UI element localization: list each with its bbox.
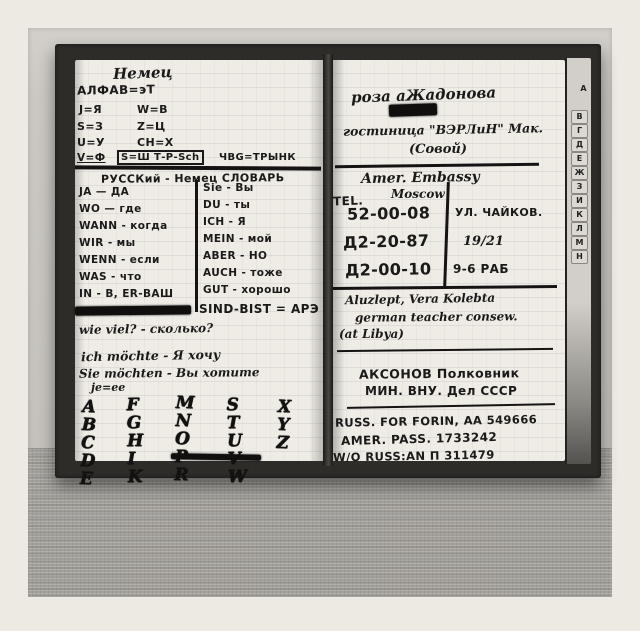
index-tab: Е [571, 152, 588, 166]
dict-entry: DU - ты [203, 199, 250, 216]
dict-entry: WAS - что [79, 271, 142, 288]
section-divider-line [347, 403, 555, 409]
address-line: 9-6 РАБ [453, 262, 509, 276]
fraktur-letter: B [81, 416, 96, 435]
tab-letter: Г [577, 126, 582, 135]
index-tab: И [571, 194, 588, 208]
tab-letter: М [576, 238, 584, 247]
tab-letter: И [576, 196, 583, 205]
alphabet-v-pair: V=Ф [77, 152, 106, 164]
index-tab: В [571, 110, 588, 124]
dict-entry: WO — где [79, 203, 142, 220]
dict-entry: WENN - если [79, 254, 160, 271]
alphabet-pair: S=З [77, 120, 103, 133]
german-alphabet-subtitle: АЛФАВ=эТ [77, 82, 155, 97]
alphabet-pair: W=В [137, 103, 168, 116]
heavy-underline [75, 165, 321, 170]
fraktur-letter: Y [277, 416, 291, 434]
teacher-line: Aluzlept, Vera Kolebta [345, 291, 495, 308]
index-tab: З [571, 180, 588, 194]
dict-entry: JA — ДА [79, 186, 129, 203]
fraktur-letter: C [81, 434, 96, 453]
tab-letter: Л [576, 224, 583, 233]
dict-entry: ABER - НО [203, 250, 267, 267]
fraktur-letter: K [127, 468, 143, 486]
fraktur-letter: N [175, 412, 194, 430]
dict-entry: GUT - хорошо [203, 284, 291, 301]
phone-number: 52-00-08 [347, 203, 431, 223]
fraktur-column: F G H I K [126, 396, 144, 486]
aksonov-org: МИН. ВНУ. Дел СССР [365, 384, 517, 398]
embassy-line: Amer. Embassy [361, 169, 480, 187]
german-alphabet-title: Немец [113, 63, 173, 83]
dict-entry: WANN - когда [79, 220, 168, 237]
dictionary-title: РУССКий - Немец СЛОВАРЬ [101, 171, 285, 186]
tab-letter: Е [577, 154, 582, 163]
phone-number: Д2-20-87 [343, 231, 430, 252]
fraktur-letter: E [79, 470, 94, 489]
tab-letter: З [577, 182, 583, 191]
notebook-left-page: Немец АЛФАВ=эТ J=Я W=В S=З Z=Ц U=У CH=Х … [75, 60, 323, 461]
fraktur-letter: W [227, 468, 246, 486]
address-line: 19/21 [463, 234, 504, 249]
index-tab: Ж [571, 166, 588, 180]
alphabet-pair: J=Я [79, 103, 102, 116]
phone-number: Д2-00-10 [345, 259, 432, 280]
tab-letter: А [580, 84, 586, 93]
hotel-note: (Совой) [409, 142, 467, 157]
dictionary-column-divider [195, 180, 198, 312]
index-tab: К [571, 208, 588, 222]
fraktur-letter: M [175, 394, 194, 412]
fraktur-letter: G [127, 414, 143, 432]
hotel-line: гостиница "ВЭРЛиН" Мак. [343, 120, 543, 138]
alphabet-tab-index: А В Г Д Е Ж З И К Л М Н [565, 58, 591, 464]
fraktur-letter: H [127, 432, 143, 450]
alphabet-pair: Z=Ц [137, 120, 166, 133]
alphabet-pair: U=У [77, 136, 105, 149]
fraktur-column: X Y Z [276, 398, 291, 452]
index-tab: Д [571, 138, 588, 152]
dict-entry: SIND-BIST = АРЭ [199, 302, 319, 316]
phrase-line: Sie möchten - Вы хотите [79, 365, 260, 381]
fraktur-letter: R [174, 466, 193, 484]
dict-entry: AUCH - тоже [203, 267, 283, 284]
notebook-right-page: роза аЖадонова гостиница "ВЭРЛиН" Мак. (… [333, 60, 565, 461]
fraktur-letter: F [126, 396, 142, 414]
wie-viel-line: wie viel? - сколько? [79, 321, 213, 337]
fraktur-letter: X [277, 398, 291, 416]
redaction-mark [389, 103, 437, 117]
dict-entry: ICH - Я [203, 216, 246, 233]
notebook-gutter [323, 54, 333, 466]
tab-letter: В [576, 112, 582, 121]
phrase-line: ich möchte - Я хочу [81, 347, 221, 364]
address-line: УЛ. ЧАЙКОВ. [455, 206, 543, 219]
index-tab: Н [571, 250, 588, 264]
passport-line: AMER. PASS. 1733242 [341, 430, 497, 448]
teacher-line: (at Libya) [339, 327, 404, 341]
fraktur-letter: O [175, 430, 194, 448]
index-tab: Г [571, 124, 588, 138]
passport-line: RUSS. FOR FORIN, АА 549666 [335, 412, 537, 430]
photo-print-area: Немец АЛФАВ=эТ J=Я W=В S=З Z=Ц U=У CH=Х … [28, 28, 612, 597]
fraktur-letter: Z [276, 434, 290, 452]
index-tab: А [575, 82, 592, 96]
section-divider-line [333, 285, 557, 290]
fraktur-letter: T [227, 414, 246, 432]
dict-entry: Sie - Вы [203, 182, 254, 199]
tab-letter: Ж [575, 168, 585, 177]
dict-entry: MEIN - мой [203, 233, 272, 250]
fraktur-column: S T U V W [226, 396, 247, 486]
fraktur-letter: I [127, 450, 143, 468]
fraktur-letter: U [227, 432, 246, 450]
fraktur-column: A B C D E [79, 398, 97, 488]
alphabet-extra-note: ЧВG=ТРЫНК [219, 152, 296, 163]
index-tab: Л [571, 222, 588, 236]
aksonov-name: АКСОНОВ Полковник [359, 365, 520, 381]
fraktur-letter: S [226, 396, 245, 414]
redaction-mark [75, 305, 191, 315]
index-tab: М [571, 236, 588, 250]
fraktur-letter: D [80, 452, 95, 471]
fraktur-column: M N O P R [174, 394, 194, 484]
section-divider-line [337, 348, 553, 352]
fraktur-letter: A [82, 398, 97, 417]
notebook: Немец АЛФАВ=эТ J=Я W=В S=З Z=Ц U=У CH=Х … [55, 44, 601, 478]
tab-letter: Д [576, 140, 583, 149]
tab-letter: Н [576, 252, 583, 261]
alphabet-boxed-note: S=Ш Т-Р-Sch [117, 150, 204, 165]
tab-letter: К [576, 210, 583, 219]
dict-entry: IN - В, ER-ВАШ [79, 288, 173, 305]
alphabet-pair: CH=Х [137, 136, 174, 149]
dict-entry: WIR - мы [79, 237, 136, 254]
passport-line: W/O RUSS:AN П 311479 [333, 448, 495, 465]
phrase-line: je=ee [91, 381, 125, 394]
section-divider-line [335, 163, 539, 168]
embassy-city: Moscow [391, 187, 445, 201]
teacher-line: german teacher consew. [355, 309, 518, 324]
